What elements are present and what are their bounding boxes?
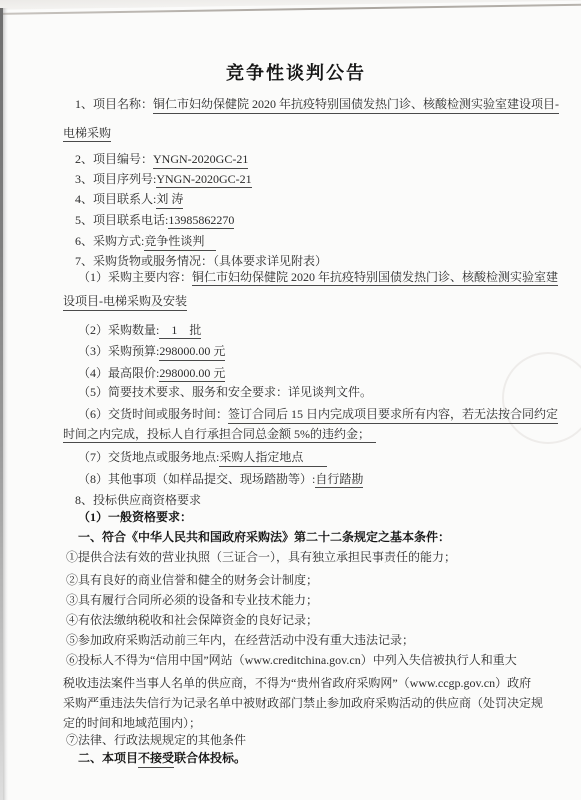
document-line: （3）采购预算:298000.00 元 [78,344,529,361]
text-segment: 刘 涛 [156,192,183,209]
text-segment: 税收违法案件当事人名单的供应商，不得为“贵州省政府采购网”（www.ccgp.g… [63,676,531,691]
text-segment: （1）一般资格要求： [78,510,192,525]
text-segment: 采购严重违法失信行为记录名单中被财政部门禁止参加政府采购活动的供应商（处罚决定规 [63,696,543,711]
text-segment: YNGN-2020GC-21 [156,172,251,189]
text-segment: 一、符合《中华人民共和国政府采购法》第二十二条规定之基本条件： [78,530,450,545]
text-segment: ⑥投标人不得为“信用中国”网站（www.creditchina.gov.cn）中… [66,653,517,668]
document-line: 2、项目编号：YNGN-2020GC-21 [75,152,529,169]
text-segment: ③具有履行合同所必须的设备和专业技术能力； [66,593,318,608]
text-segment: （8）其他事项（如样品提交、现场踏勘等）: [78,472,315,487]
document-line: ②具有良好的商业信誉和健全的财务会计制度； [66,573,529,588]
text-segment: 定的时间和地域范围内）； [63,716,201,731]
text-segment: 7、采购货物或服务情况：（具体要求详见附表） [75,254,327,269]
document-line: 6、采购方式:竞争性谈判 [75,234,529,251]
text-segment: 铜仁市妇幼保健院 2020 年抗疫特别国债发热门诊、核酸检测实验室建设项目- [153,97,559,114]
text-segment: 自行踏勘 [315,472,363,489]
document-line: ④有依法缴纳税收和社会保障资金的良好记录； [66,613,529,628]
document-line: ⑦法律、行政法规规定的其他条件 [66,733,529,748]
document-line: （4）最高限价:298000.00 元 [78,366,529,383]
text-segment: 6、采购方式: [75,234,144,249]
text-segment: 电梯采购 [63,126,111,143]
text-segment: 1 批 [159,323,201,340]
text-segment: （3）采购预算: [78,344,159,359]
text-segment: 1、项目名称： [75,97,153,112]
document-line: 定的时间和地域范围内）； [63,716,529,731]
text-segment: 2、项目编号： [75,152,153,167]
text-segment: ②具有良好的商业信誉和健全的财务会计制度； [66,573,318,588]
text-segment: 采购人指定地点 [219,450,327,467]
document-line: ⑤参加政府采购活动前三年内，在经营活动中没有重大违法记录； [66,633,529,648]
text-segment: （6）交货时间或服务时间： [78,407,228,422]
text-segment: 4、项目联系人: [75,192,156,207]
text-segment: 铜仁市妇幼保健院 2020 年抗疫特别国债发热门诊、核酸检测实验室建 [192,270,558,287]
document-line: ⑥投标人不得为“信用中国”网站（www.creditchina.gov.cn）中… [66,653,529,668]
document-line: （8）其他事项（如样品提交、现场踏勘等）:自行踏勘 [78,472,529,489]
document-line: 二、本项目 不接受 联合体投标。 [78,751,529,768]
text-segment: 8、投标供应商资格要求 [75,493,201,508]
document-line: 5、项目联系电话: 13985862270 [75,213,529,230]
document-line: 一、符合《中华人民共和国政府采购法》第二十二条规定之基本条件： [78,530,529,545]
document-line: 4、项目联系人: 刘 涛 [75,192,529,209]
document-body: 1、项目名称：铜仁市妇幼保健院 2020 年抗疫特别国债发热门诊、核酸检测实验室… [63,97,529,768]
text-segment: （2）采购数量: [78,323,159,338]
announcement-document: 竞争性谈判公告 1、项目名称：铜仁市妇幼保健院 2020 年抗疫特别国债发热门诊… [0,0,581,800]
text-segment: 设项目-电梯采购及安装 [63,294,187,311]
document-line: 3、项目序列号: YNGN-2020GC-21 [75,172,529,189]
document-line: ③具有履行合同所必须的设备和专业技术能力； [66,593,529,608]
text-segment: （4）最高限价: [78,366,159,381]
document-line: （6）交货时间或服务时间：签订合同后 15 日内完成项目要求所有内容，若无法按合… [78,407,529,424]
document-line: 8、投标供应商资格要求 [75,493,529,508]
text-segment: （1）采购主要内容： [78,270,192,285]
document-line: （2）采购数量: 1 批 [78,323,529,340]
document-line: 设项目-电梯采购及安装 [63,294,529,311]
document-line: ①提供合法有效的营业执照（三证合一），具有独立承担民事责任的能力； [66,550,529,565]
text-segment: 联合体投标。 [174,751,246,766]
text-segment: 3、项目序列号: [75,172,156,187]
text-segment: ①提供合法有效的营业执照（三证合一），具有独立承担民事责任的能力； [66,550,456,565]
text-segment: 时间之内完成，投标人自行承担合同总金额 5%的违约金； [63,427,376,444]
text-segment: 不接受 [138,751,174,768]
text-segment: 5、项目联系电话: [75,213,168,228]
text-segment: ④有依法缴纳税收和社会保障资金的良好记录； [66,613,318,628]
text-segment: 二、本项目 [78,751,138,766]
document-line: 1、项目名称：铜仁市妇幼保健院 2020 年抗疫特别国债发热门诊、核酸检测实验室… [75,97,529,114]
document-line: （7）交货地点或服务地点:采购人指定地点 [78,450,529,467]
text-segment: ⑦法律、行政法规规定的其他条件 [66,733,246,748]
document-line: （1）采购主要内容：铜仁市妇幼保健院 2020 年抗疫特别国债发热门诊、核酸检测… [78,270,529,287]
text-segment: ⑤参加政府采购活动前三年内，在经营活动中没有重大违法记录； [66,633,414,648]
text-segment: 298000.00 元 [159,344,225,361]
document-line: 采购严重违法失信行为记录名单中被财政部门禁止参加政府采购活动的供应商（处罚决定规 [63,696,529,711]
document-line: 电梯采购 [63,126,529,143]
text-segment: （7）交货地点或服务地点: [78,450,219,465]
document-title: 竞争性谈判公告 [63,60,529,86]
text-segment: 298000.00 元 [159,366,225,383]
text-segment: 签订合同后 15 日内完成项目要求所有内容，若无法按合同约定 [228,407,558,424]
document-line: （1）一般资格要求： [78,510,529,525]
text-segment: 竞争性谈判 [144,234,216,251]
document-line: 时间之内完成，投标人自行承担合同总金额 5%的违约金； [63,427,529,444]
document-line: 税收违法案件当事人名单的供应商，不得为“贵州省政府采购网”（www.ccgp.g… [63,676,529,691]
text-segment: （5）简要技术要求、服务和安全要求：详见谈判文件。 [78,385,372,400]
document-line: 7、采购货物或服务情况：（具体要求详见附表） [75,254,529,269]
document-line: （5）简要技术要求、服务和安全要求：详见谈判文件。 [78,385,529,400]
text-segment: YNGN-2020GC-21 [153,152,248,169]
text-segment: 13985862270 [168,213,234,230]
